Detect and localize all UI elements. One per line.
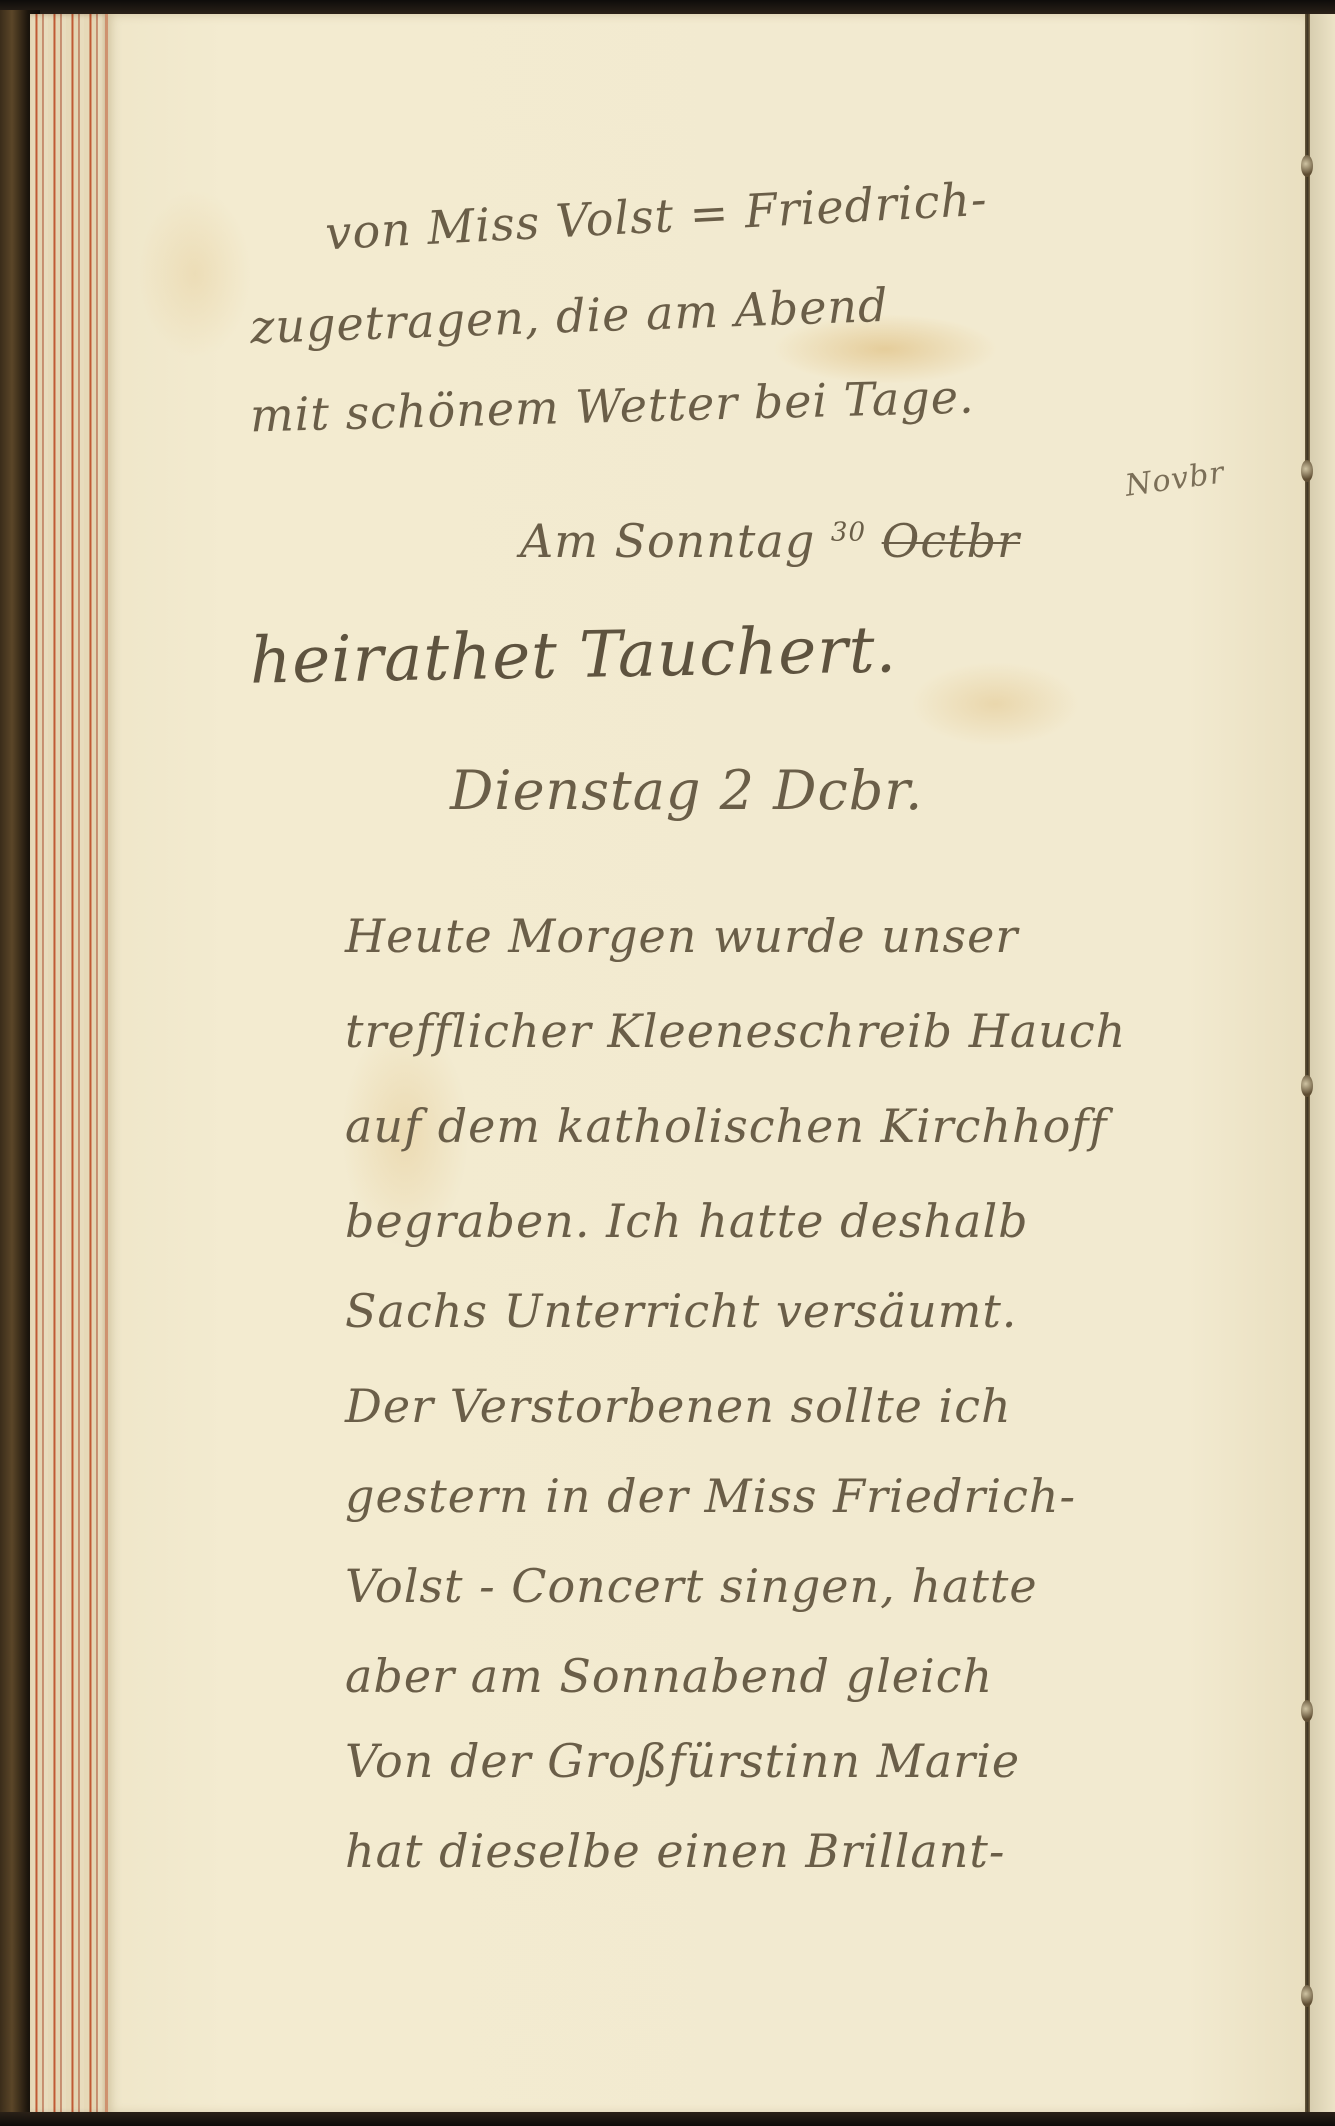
binding-stitch — [1301, 155, 1313, 177]
entry-date-heading: Dienstag 2 Dcbr. — [450, 759, 923, 822]
date-month-struck: Octbr — [882, 514, 1020, 568]
book-top-edge — [0, 0, 1335, 14]
text-line: Sachs Unterricht versäumt. — [345, 1284, 1017, 1338]
red-edged-page-stack — [30, 14, 110, 2114]
facing-page-edge — [1310, 14, 1335, 2114]
text-line: hat dieselbe einen Brillant- — [345, 1824, 1005, 1878]
date-line: Am Sonntag 30 Octbr — [520, 514, 1020, 568]
text-line: mit schönem Wetter bei Tage. — [249, 370, 975, 443]
date-prefix: Am Sonntag — [520, 514, 815, 568]
text-line: zugetragen, die am Abend — [249, 278, 889, 354]
binding-stitch — [1301, 1985, 1313, 2007]
binding-stitch — [1301, 460, 1313, 482]
page-edge-rule — [105, 14, 108, 2114]
text-line: trefflicher Kleeneschreib Hauch — [345, 1004, 1126, 1058]
manuscript-page: von Miss Volst = Friedrich- zugetragen, … — [105, 14, 1305, 2114]
text-line: Volst - Concert singen, hatte — [345, 1559, 1038, 1613]
book-bottom-edge — [0, 2112, 1335, 2126]
text-line: Heute Morgen wurde unser — [345, 909, 1018, 963]
text-line: aber am Sonnabend gleich — [345, 1649, 993, 1703]
text-line: begraben. Ich hatte deshalb — [345, 1194, 1029, 1248]
text-line: Der Verstorbenen sollte ich — [345, 1379, 1012, 1433]
text-line: auf dem katholischen Kirchhoff — [345, 1099, 1107, 1153]
binding-stitch — [1301, 1075, 1313, 1097]
text-line: gestern in der Miss Friedrich- — [345, 1469, 1076, 1523]
marginal-correction: Novbr — [1123, 455, 1227, 504]
binding-stitch — [1301, 1700, 1313, 1722]
text-line: heirathet Tauchert. — [249, 613, 897, 698]
text-line: von Miss Volst = Friedrich- — [324, 172, 989, 261]
date-day: 30 — [831, 518, 866, 548]
text-line: Von der Großfürstinn Marie — [345, 1734, 1020, 1788]
